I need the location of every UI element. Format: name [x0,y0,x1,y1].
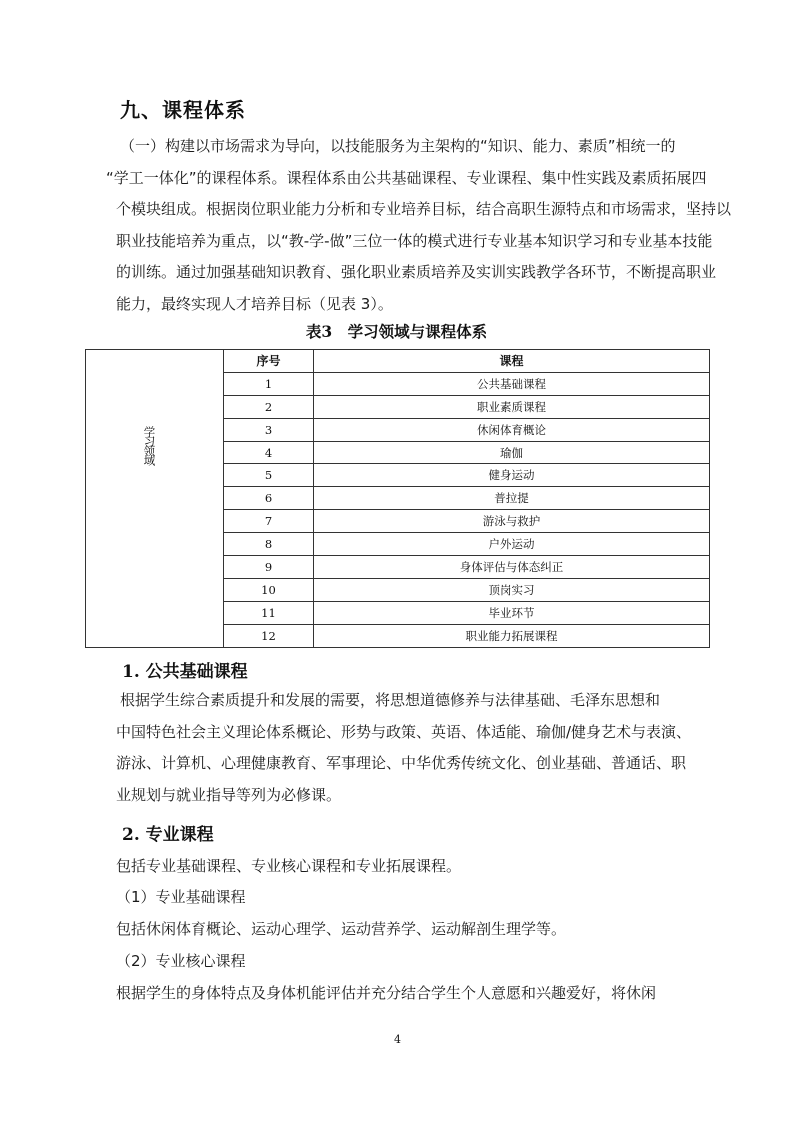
section-heading: 九、课程体系 [120,94,246,123]
professional-courses-intro: 包括专业基础课程、专业核心课程和专业拓展课程。 [116,855,461,876]
domain-label: 学习领域 [142,426,158,464]
row-no: 6 [224,487,314,510]
item-heading-core: （2）专业核心课程 [116,950,246,971]
row-course: 顶岗实习 [314,578,710,601]
row-no: 5 [224,464,314,487]
row-no: 10 [224,578,314,601]
domain-cell: 学习领域 [86,350,224,648]
header-course: 课程 [314,350,710,373]
row-no: 11 [224,601,314,624]
paragraph-line: 中国特色社会主义理论体系概论、形势与政策、英语、体适能、瑜伽/健身艺术与表演、 [116,717,716,749]
document-page: 九、课程体系 （一）构建以市场需求为导向，以技能服务为主架构的“知识、能力、素质… [0,0,793,1121]
row-course: 普拉提 [314,487,710,510]
row-course: 公共基础课程 [314,372,710,395]
row-course: 职业素质课程 [314,395,710,418]
paragraph-line: 游泳、计算机、心理健康教育、军事理论、中华优秀传统文化、创业基础、普通话、职 [116,748,716,780]
row-course: 休闲体育概论 [314,418,710,441]
row-no: 8 [224,533,314,556]
row-no: 3 [224,418,314,441]
row-no: 7 [224,510,314,533]
subsection-heading-professional-courses: 2. 专业课程 [122,820,214,845]
row-no: 4 [224,441,314,464]
paragraph-line: 个模块组成。根据岗位职业能力分析和专业培养目标，结合高职生源特点和市场需求，坚持… [116,194,716,226]
row-course: 游泳与救护 [314,510,710,533]
page-number: 4 [394,1033,401,1046]
item-text-basic: 包括休闲体育概论、运动心理学、运动营养学、运动解剖生理学等。 [116,918,566,939]
paragraph-line: 的训练。通过加强基础知识教育、强化职业素质培养及实训实践教学各环节，不断提高职业 [116,257,716,289]
public-courses-paragraph: 根据学生综合素质提升和发展的需要，将思想道德修养与法律基础、毛泽东思想和 中国特… [116,685,716,811]
subsection-heading-public-courses: 1. 公共基础课程 [122,657,248,682]
intro-paragraph: （一）构建以市场需求为导向，以技能服务为主架构的“知识、能力、素质”相统一的 “… [116,131,716,320]
row-course: 职业能力拓展课程 [314,624,710,647]
paragraph-line: “学工一体化”的课程体系。课程体系由公共基础课程、专业课程、集中性实践及素质拓展… [106,163,716,195]
item-heading-basic: （1）专业基础课程 [116,886,246,907]
paragraph-line: （一）构建以市场需求为导向，以技能服务为主架构的“知识、能力、素质”相统一的 [116,131,716,163]
item-text-core: 根据学生的身体特点及身体机能评估并充分结合学生个人意愿和兴趣爱好，将休闲 [116,982,656,1003]
table-header-row: 学习领域 序号 课程 [86,350,710,373]
paragraph-line: 业规划与就业指导等列为必修课。 [116,780,716,812]
header-no: 序号 [224,350,314,373]
row-no: 2 [224,395,314,418]
course-table: 学习领域 序号 课程 1公共基础课程 2职业素质课程 3休闲体育概论 4瑜伽 5… [85,349,710,648]
row-course: 瑜伽 [314,441,710,464]
paragraph-line: 能力，最终实现人才培养目标（见表 3）。 [116,289,716,321]
row-course: 身体评估与体态纠正 [314,556,710,579]
row-no: 1 [224,372,314,395]
row-course: 健身运动 [314,464,710,487]
row-course: 毕业环节 [314,601,710,624]
table-caption: 表3 学习领域与课程体系 [0,320,793,342]
paragraph-line: 根据学生综合素质提升和发展的需要，将思想道德修养与法律基础、毛泽东思想和 [116,685,716,717]
row-no: 12 [224,624,314,647]
row-course: 户外运动 [314,533,710,556]
paragraph-line: 职业技能培养为重点，以“教-学-做”三位一体的模式进行专业基本知识学习和专业基本… [116,226,716,258]
row-no: 9 [224,556,314,579]
